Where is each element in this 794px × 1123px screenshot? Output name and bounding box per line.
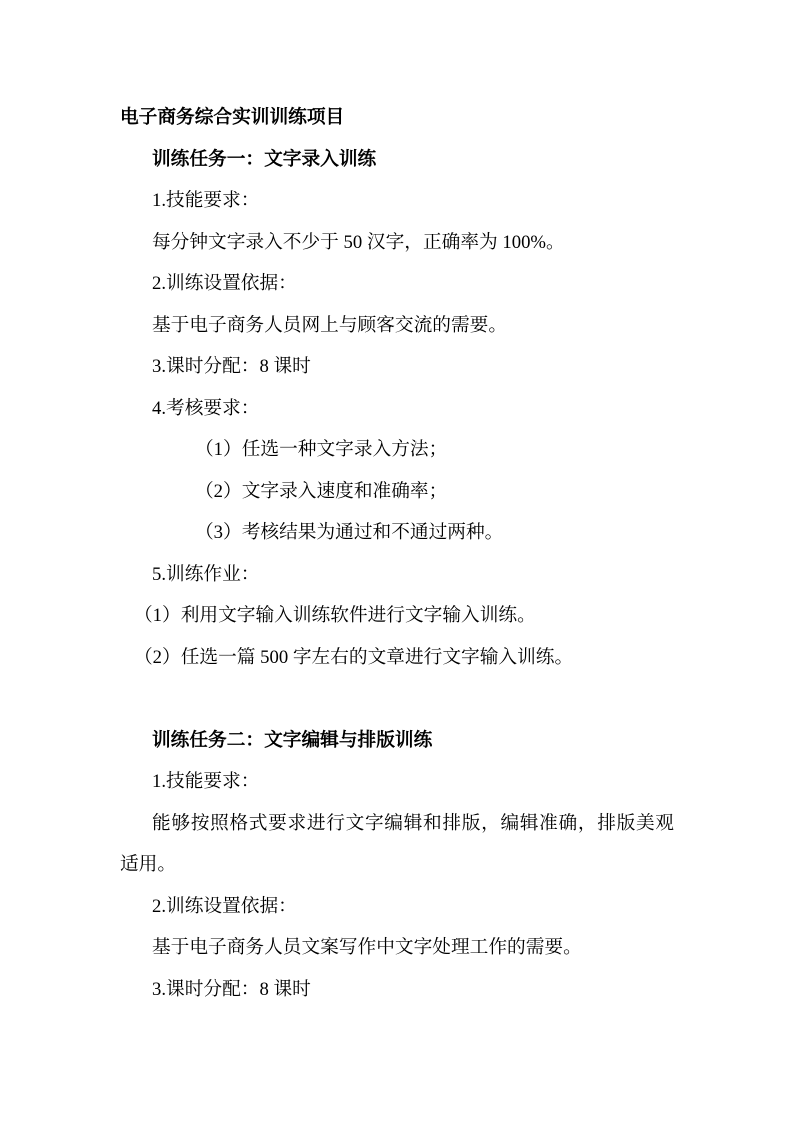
task1-homework-item-1: （1）利用文字输入训练软件进行文字输入训练。: [120, 595, 674, 637]
task2-basis-label: 2.训练设置依据：: [120, 886, 674, 928]
task1-hours-line: 3.课时分配：8 课时: [120, 346, 674, 388]
task1-assessment-item-2: （2）文字录入速度和准确率；: [120, 471, 674, 513]
document-title: 电子商务综合实训训练项目: [120, 97, 674, 139]
task2-hours-line: 3.课时分配：8 课时: [120, 969, 674, 1011]
task1-homework-label: 5.训练作业：: [120, 554, 674, 596]
task2-skill-requirement-label: 1.技能要求：: [120, 761, 674, 803]
task1-basis-text: 基于电子商务人员网上与顾客交流的需要。: [120, 305, 674, 347]
task1-assessment-label: 4.考核要求：: [120, 388, 674, 430]
task1-basis-label: 2.训练设置依据：: [120, 263, 674, 305]
document-page: 电子商务综合实训训练项目 训练任务一：文字录入训练 1.技能要求： 每分钟文字录…: [0, 0, 794, 1123]
task2-basis-text: 基于电子商务人员文案写作中文字处理工作的需要。: [120, 927, 674, 969]
task2-heading: 训练任务二：文字编辑与排版训练: [120, 720, 674, 762]
task1-homework-item-2: （2）任选一篇 500 字左右的文章进行文字输入训练。: [120, 637, 674, 679]
task1-heading: 训练任务一：文字录入训练: [120, 139, 674, 181]
task2-skill-requirement-text: 能够按照格式要求进行文字编辑和排版，编辑准确，排版美观适用。: [120, 803, 674, 886]
task1-assessment-item-3: （3）考核结果为通过和不通过两种。: [120, 512, 674, 554]
task1-skill-requirement-text: 每分钟文字录入不少于 50 汉字，正确率为 100%。: [120, 222, 674, 264]
task1-assessment-item-1: （1）任选一种文字录入方法；: [120, 429, 674, 471]
task1-skill-requirement-label: 1.技能要求：: [120, 180, 674, 222]
blank-line-separator: [120, 678, 674, 720]
